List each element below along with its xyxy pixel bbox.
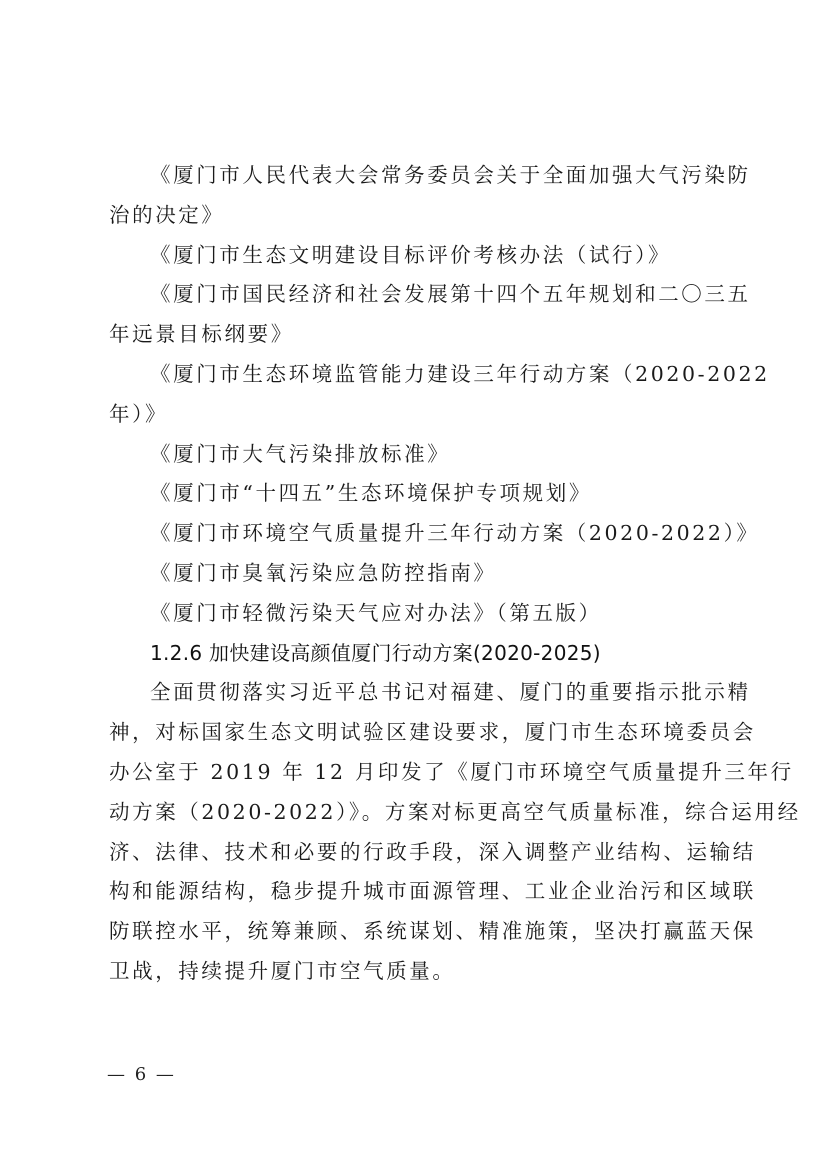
paragraph-line: 卫战，持续提升厦门市空气质量。 [109,952,729,992]
reference-line: 年）》 [109,395,729,435]
reference-item: 《厦门市人民代表大会常务委员会关于全面加强大气污染防 治的决定》 [109,156,729,236]
reference-item: 《厦门市轻微污染天气应对办法》（第五版） [109,594,729,634]
reference-line: 《厦门市轻微污染天气应对办法》（第五版） [109,594,729,634]
section-heading: 1.2.6 加快建设高颜值厦门行动方案(2020-2025) [109,634,729,674]
body-paragraph: 全面贯彻落实习近平总书记对福建、厦门的重要指示批示精 神，对标国家生态文明试验区… [109,673,729,991]
reference-list: 《厦门市人民代表大会常务委员会关于全面加强大气污染防 治的决定》 《厦门市生态文… [109,156,729,634]
paragraph-line: 动方案（2020-2022）》。方案对标更高空气质量标准，综合运用经 [109,793,729,833]
paragraph-line: 神，对标国家生态文明试验区建设要求，厦门市生态环境委员会 [109,713,729,753]
reference-item: 《厦门市“十四五”生态环境保护专项规划》 [109,474,729,514]
reference-item: 《厦门市环境空气质量提升三年行动方案（2020-2022）》 [109,514,729,554]
paragraph-line: 构和能源结构，稳步提升城市面源管理、工业企业治污和区域联 [109,872,729,912]
reference-line: 《厦门市环境空气质量提升三年行动方案（2020-2022）》 [109,514,729,554]
reference-item: 《厦门市国民经济和社会发展第十四个五年规划和二〇三五 年远景目标纲要》 [109,275,729,355]
reference-item: 《厦门市臭氧污染应急防控指南》 [109,554,729,594]
reference-item: 《厦门市大气污染排放标准》 [109,435,729,475]
reference-line: 《厦门市臭氧污染应急防控指南》 [109,554,729,594]
reference-line: 年远景目标纲要》 [109,315,729,355]
reference-line: 《厦门市人民代表大会常务委员会关于全面加强大气污染防 [109,156,729,196]
reference-line: 治的决定》 [109,196,729,236]
reference-item: 《厦门市生态环境监管能力建设三年行动方案（2020-2022 年）》 [109,355,729,435]
reference-line: 《厦门市国民经济和社会发展第十四个五年规划和二〇三五 [109,275,729,315]
reference-line: 《厦门市“十四五”生态环境保护专项规划》 [109,474,729,514]
reference-line: 《厦门市生态环境监管能力建设三年行动方案（2020-2022 [109,355,729,395]
paragraph-line: 济、法律、技术和必要的行政手段，深入调整产业结构、运输结 [109,833,729,873]
paragraph-line: 防联控水平，统筹兼顾、系统谋划、精准施策，坚决打赢蓝天保 [109,912,729,952]
reference-line: 《厦门市大气污染排放标准》 [109,435,729,475]
paragraph-line: 办公室于 2019 年 12 月印发了《厦门市环境空气质量提升三年行 [109,753,729,793]
document-page: 《厦门市人民代表大会常务委员会关于全面加强大气污染防 治的决定》 《厦门市生态文… [109,156,729,992]
reference-line: 《厦门市生态文明建设目标评价考核办法（试行）》 [109,236,729,276]
page-number: — 6 — [107,1062,176,1088]
paragraph-line: 全面贯彻落实习近平总书记对福建、厦门的重要指示批示精 [109,673,729,713]
reference-item: 《厦门市生态文明建设目标评价考核办法（试行）》 [109,236,729,276]
